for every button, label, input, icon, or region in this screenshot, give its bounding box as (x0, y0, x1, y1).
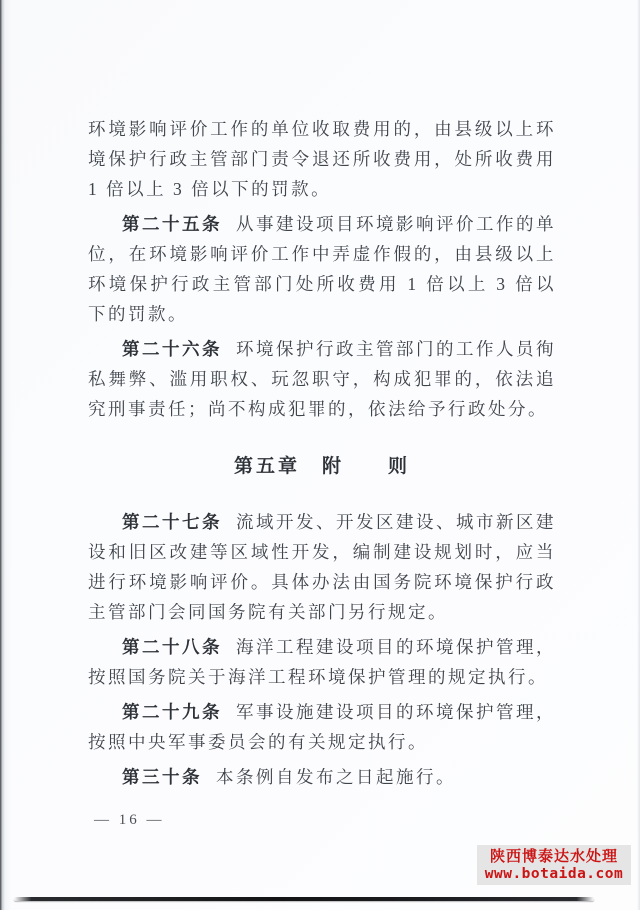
article-number: 第二十六条 (122, 339, 222, 359)
watermark-url: www.botaida.com (485, 865, 623, 883)
document-body: 环境影响评价工作的单位收取费用的，由县级以上环境保护行政主管部门责令退还所收费用… (88, 114, 556, 797)
article-number: 第二十八条 (122, 637, 222, 657)
article-number: 第二十五条 (122, 214, 222, 234)
paragraph-article-29: 第二十九条军事设施建设项目的环境保护管理，按照中央军事委员会的有关规定执行。 (88, 697, 556, 757)
paragraph-article-27: 第二十七条流域开发、开发区建设、城市新区建设和旧区改建等区域性开发，编制建设规划… (88, 507, 556, 627)
paragraph-article-26: 第二十六条环境保护行政主管部门的工作人员徇私舞弊、滥用职权、玩忽职守，构成犯罪的… (88, 334, 556, 424)
paragraph-article-30: 第三十条本条例自发布之日起施行。 (88, 762, 556, 792)
watermark-company-name: 陕西博泰达水处理 (490, 847, 618, 865)
scanned-document-page: 环境影响评价工作的单位收取费用的，由县级以上环境保护行政主管部门责令退还所收费用… (0, 0, 640, 910)
chapter-heading: 第五章 附 则 (88, 452, 556, 482)
scan-edge-left (0, 0, 12, 910)
paragraph-continuation: 环境影响评价工作的单位收取费用的，由县级以上环境保护行政主管部门责令退还所收费用… (88, 114, 556, 204)
paragraph-article-28: 第二十八条海洋工程建设项目的环境保护管理，按照国务院关于海洋工程环境保护管理的规… (88, 632, 556, 692)
watermark: 陕西博泰达水处理 www.botaida.com (477, 845, 631, 885)
paragraph-text: 本条例自发布之日起施行。 (216, 767, 456, 787)
article-number: 第二十七条 (122, 512, 222, 532)
paragraph-article-25: 第二十五条从事建设项目环境影响评价工作的单位，在环境影响评价工作中弄虚作假的，由… (88, 209, 556, 329)
article-number: 第三十条 (122, 767, 202, 787)
page-number: — 16 — (94, 812, 165, 829)
article-number: 第二十九条 (122, 702, 222, 722)
scan-edge-bottom-line (14, 897, 594, 901)
paragraph-text: 环境影响评价工作的单位收取费用的，由县级以上环境保护行政主管部门责令退还所收费用… (88, 119, 556, 199)
